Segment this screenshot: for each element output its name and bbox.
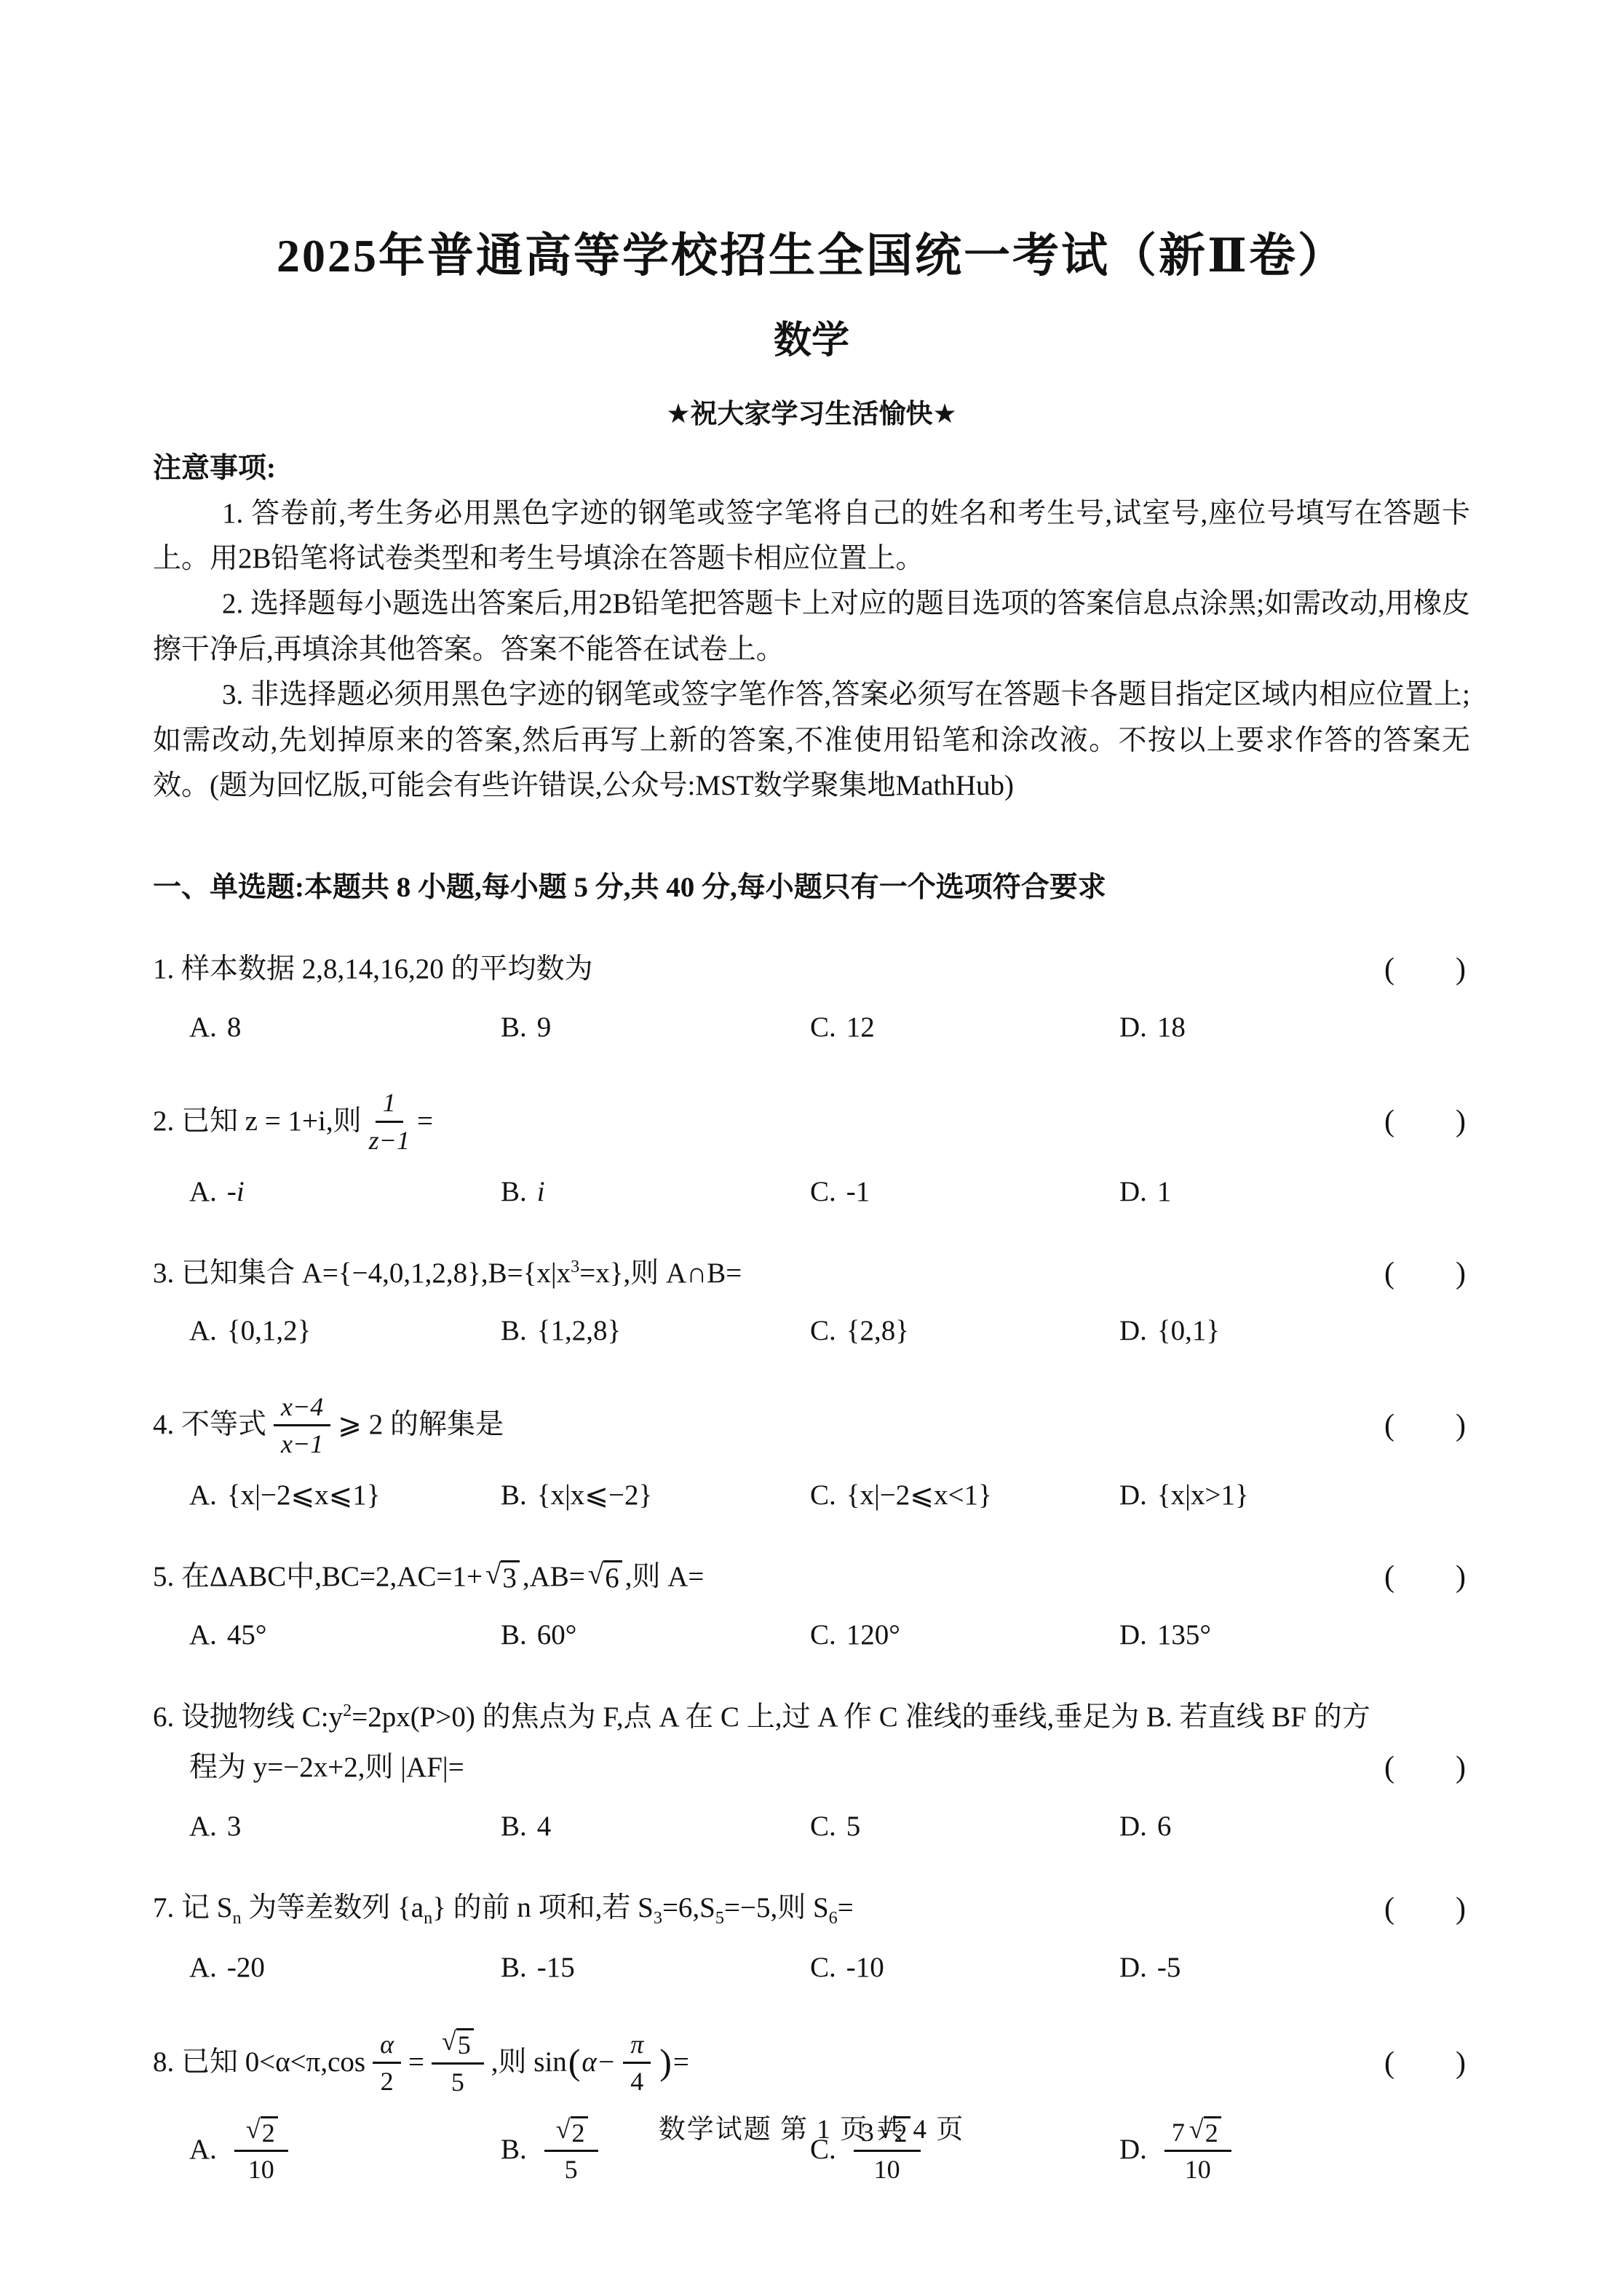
option-value: {1,2,8} [537, 1313, 621, 1350]
radicand: 3 [501, 1560, 520, 1594]
option-value: 4 [537, 1808, 552, 1846]
question-4: 4. 不等式 x−4x−1 ⩾ 2 的解集是 ( ) A.{x|−2⩽x⩽1} … [153, 1392, 1470, 1514]
question-3: 3. 已知集合 A={−4,0,1,2,8},B={x|x3=x},则 A∩B=… [153, 1253, 1470, 1350]
question-5-stem-pre: 5. 在ΔABC中,BC=2,AC=1+ [153, 1557, 483, 1598]
left-paren: ( [568, 2036, 581, 2089]
radicand: 5 [456, 2028, 474, 2059]
radical-sign: √ [442, 2028, 456, 2056]
radical-sign: √ [485, 1560, 501, 1590]
option-value: {0,1,2} [227, 1313, 311, 1350]
question-3-options: A.{0,1,2} B.{1,2,8} C.{2,8} D.{0,1} [153, 1313, 1470, 1350]
question-5: 5. 在ΔABC中,BC=2,AC=1+ √3 ,AB= √6 ,则 A= ( … [153, 1557, 1470, 1653]
question-7-stem: 7. 记 Sn 为等差数列 {an} 的前 n 项和,若 S3=6,S5=−5,… [153, 1888, 854, 1931]
notice-section: 注意事项: 1. 答卷前,考生务必用黑色字迹的钢笔或签字笔将自己的姓名和考生号,… [153, 447, 1470, 809]
question-5-stem-post: ,则 A= [625, 1557, 705, 1598]
answer-bracket: ( ) [1384, 1104, 1470, 1139]
question-7-options: A.-20 B.-15 C.-10 D.-5 [153, 1950, 1470, 1987]
equals-sign: = [408, 2042, 424, 2084]
option-d: D.{0,1} [1119, 1313, 1470, 1350]
answer-bracket: ( ) [1384, 1560, 1470, 1594]
option-value: {x|x>1} [1157, 1477, 1249, 1514]
question-4-stem-row: 4. 不等式 x−4x−1 ⩾ 2 的解集是 ( ) [153, 1392, 1470, 1459]
notice-item-3: 3. 非选择题必须用黑色字迹的钢笔或签字笔作答,答案必须写在答题卡各题目指定区域… [153, 672, 1470, 809]
option-value: -15 [537, 1950, 575, 1987]
option-value: {2,8} [846, 1313, 909, 1350]
exam-paper-page: 2025年普通高等学校招生全国统一考试（新Ⅱ卷） 数学 ★祝大家学习生活愉快★ … [0, 0, 1623, 2296]
notice-item-2: 2. 选择题每小题选出答案后,用2B铅笔把答题卡上对应的题目选项的答案信息点涂黑… [153, 581, 1470, 672]
option-value: 120° [846, 1617, 900, 1654]
option-label: A. [189, 1617, 217, 1654]
option-a: A.3 [189, 1808, 501, 1846]
fraction: √55 [432, 2028, 484, 2097]
option-label: C. [810, 1174, 836, 1211]
question-5-stem-row: 5. 在ΔABC中,BC=2,AC=1+ √3 ,AB= √6 ,则 A= ( … [153, 1557, 1470, 1598]
option-c: C.-10 [810, 1950, 1119, 1987]
page-title: 2025年普通高等学校招生全国统一考试（新Ⅱ卷） [153, 231, 1470, 280]
fraction-numerator: √5 [432, 2028, 484, 2065]
option-label: C. [810, 1477, 836, 1514]
question-8-stem-pre: 8. 已知 0<α<π,cos [153, 2042, 365, 2084]
option-value: i [537, 1174, 545, 1211]
option-label: D. [1119, 1950, 1147, 1987]
question-2-stem-pre: 2. 已知 z = 1+i,则 [153, 1101, 362, 1143]
question-1: 1. 样本数据 2,8,14,16,20 的平均数为 ( ) A.8 B.9 C… [153, 949, 1470, 1046]
answer-bracket: ( ) [1384, 2046, 1470, 2081]
single-choice-section: 一、单选题:本题共 8 小题,每小题 5 分,共 40 分,每小题只有一个选项符… [153, 870, 1470, 2184]
option-b: B.4 [501, 1808, 810, 1846]
option-label: A. [189, 1477, 217, 1514]
fraction-denominator: 10 [874, 2152, 900, 2184]
option-value: 60° [537, 1617, 577, 1654]
option-b: B.{x|x⩽−2} [501, 1477, 810, 1514]
right-paren: ) [659, 2036, 672, 2089]
fraction-denominator: z−1 [369, 1123, 410, 1155]
notice-heading: 注意事项: [153, 447, 1470, 490]
question-1-options: A.8 B.9 C.12 D.18 [153, 1009, 1470, 1046]
fraction-denominator: 10 [248, 2152, 274, 2184]
option-c: C.5 [810, 1808, 1119, 1846]
option-a: A.-i [189, 1174, 501, 1211]
fraction-denominator: 10 [1185, 2152, 1211, 2184]
option-value: 18 [1157, 1009, 1186, 1046]
question-5-stem-mid: ,AB= [523, 1557, 585, 1598]
question-6-stem-row2: 程为 y=−2x+2,则 |AF|= ( ) [153, 1746, 1470, 1789]
fraction-denominator: 5 [565, 2152, 578, 2184]
option-value: 3 [227, 1808, 242, 1846]
option-label: D. [1119, 1009, 1147, 1046]
option-a: A.45° [189, 1617, 501, 1654]
option-value: 45° [227, 1617, 267, 1654]
option-label: C. [810, 1617, 836, 1654]
option-label: C. [810, 1313, 836, 1350]
question-6-options: A.3 B.4 C.5 D.6 [153, 1808, 1470, 1846]
option-a: A.-20 [189, 1950, 501, 1987]
fraction: x−4x−1 [274, 1392, 330, 1459]
option-label: A. [189, 1950, 217, 1987]
option-c: C.120° [810, 1617, 1119, 1654]
fraction-numerator: α [373, 2030, 401, 2064]
question-6-stem-line1: 6. 设抛物线 C:y2=2px(P>0) 的焦点为 F,点 A 在 C 上,过… [153, 1696, 1470, 1739]
option-label: B. [501, 1617, 527, 1654]
slogan-line: ★祝大家学习生活愉快★ [153, 401, 1470, 428]
fraction-numerator: π [623, 2030, 651, 2064]
option-value: -i [227, 1174, 245, 1211]
option-label: B. [501, 1477, 527, 1514]
fraction-numerator: 1 [376, 1088, 403, 1122]
option-label: A. [189, 1174, 217, 1211]
section-heading: 一、单选题:本题共 8 小题,每小题 5 分,共 40 分,每小题只有一个选项符… [153, 870, 1470, 907]
option-value: {0,1} [1157, 1313, 1220, 1350]
question-1-stem-row: 1. 样本数据 2,8,14,16,20 的平均数为 ( ) [153, 949, 1470, 990]
option-label: D. [1119, 1617, 1147, 1654]
option-d: D.-5 [1119, 1950, 1470, 1987]
option-value: 135° [1157, 1617, 1211, 1654]
option-label: A. [189, 1808, 217, 1846]
answer-bracket: ( ) [1384, 1750, 1470, 1785]
question-2: 2. 已知 z = 1+i,则 1z−1 = ( ) A.-i B.i C.-1… [153, 1088, 1470, 1210]
option-label: B. [501, 1313, 527, 1350]
option-label: C. [810, 1009, 836, 1046]
fraction-numerator: x−4 [274, 1392, 330, 1426]
question-2-stem-post: = [417, 1101, 433, 1143]
option-a: A.8 [189, 1009, 501, 1046]
question-2-options: A.-i B.i C.-1 D.1 [153, 1174, 1470, 1211]
option-value: 1 [1157, 1174, 1172, 1211]
question-6: 6. 设抛物线 C:y2=2px(P>0) 的焦点为 F,点 A 在 C 上,过… [153, 1696, 1470, 1846]
fraction-denominator: 2 [381, 2064, 394, 2096]
option-label: D. [1119, 1313, 1147, 1350]
square-root: √5 [442, 2028, 474, 2059]
option-label: D. [1119, 1808, 1147, 1846]
question-8-inner: α− [582, 2042, 616, 2084]
option-value: {x|−2⩽x<1} [846, 1477, 992, 1514]
option-d: D.6 [1119, 1808, 1470, 1846]
fraction-denominator: 4 [630, 2064, 643, 2096]
answer-bracket: ( ) [1384, 1408, 1470, 1443]
question-2-stem-row: 2. 已知 z = 1+i,则 1z−1 = ( ) [153, 1088, 1470, 1155]
answer-bracket: ( ) [1384, 1256, 1470, 1291]
square-root: √3 [485, 1560, 520, 1594]
option-label: C. [810, 1808, 836, 1846]
option-d: D.135° [1119, 1617, 1470, 1654]
question-5-options: A.45° B.60° C.120° D.135° [153, 1617, 1470, 1654]
question-8-stem-row: 8. 已知 0<α<π,cos α2 = √55 ,则 sin ( α− π4 … [153, 2028, 1470, 2097]
option-value: -5 [1157, 1950, 1181, 1987]
question-6-stem-line2: 程为 y=−2x+2,则 |AF|= [153, 1746, 464, 1789]
fraction: π4 [623, 2030, 651, 2097]
radical-sign: √ [588, 1560, 603, 1590]
option-value: 12 [846, 1009, 875, 1046]
option-value: -1 [846, 1174, 870, 1211]
option-value: -20 [227, 1950, 265, 1987]
option-b: B.9 [501, 1009, 810, 1046]
option-value: 6 [1157, 1808, 1172, 1846]
fraction: α2 [373, 2030, 401, 2097]
fraction-denominator: 5 [451, 2065, 464, 2097]
question-4-stem-post: ⩾ 2 的解集是 [338, 1405, 504, 1446]
option-c: C.12 [810, 1009, 1119, 1046]
option-c: C.{2,8} [810, 1313, 1119, 1350]
option-value: 9 [537, 1009, 552, 1046]
answer-bracket: ( ) [1384, 1891, 1470, 1926]
answer-bracket: ( ) [1384, 952, 1470, 987]
option-label: A. [189, 1009, 217, 1046]
question-3-stem-row: 3. 已知集合 A={−4,0,1,2,8},B={x|x3=x},则 A∩B=… [153, 1253, 1470, 1295]
option-label: B. [501, 1808, 527, 1846]
option-value: 8 [227, 1009, 242, 1046]
question-4-options: A.{x|−2⩽x⩽1} B.{x|x⩽−2} C.{x|−2⩽x<1} D.{… [153, 1477, 1470, 1514]
question-7: 7. 记 Sn 为等差数列 {an} 的前 n 项和,若 S3=6,S5=−5,… [153, 1888, 1470, 1987]
option-c: C.{x|−2⩽x<1} [810, 1477, 1119, 1514]
fraction-denominator: x−1 [281, 1426, 323, 1458]
option-value: 5 [846, 1808, 861, 1846]
option-c: C.-1 [810, 1174, 1119, 1211]
option-b: B.60° [501, 1617, 810, 1654]
option-label: B. [501, 1174, 527, 1211]
fraction: 1z−1 [369, 1088, 410, 1155]
option-label: D. [1119, 1477, 1147, 1514]
option-label: A. [189, 1313, 217, 1350]
equals-sign: = [673, 2042, 689, 2084]
question-8-stem-mid: ,则 sin [491, 2042, 567, 2084]
option-label: B. [501, 1009, 527, 1046]
option-b: B.i [501, 1174, 810, 1211]
question-4-stem-pre: 4. 不等式 [153, 1405, 266, 1446]
option-b: B.-15 [501, 1950, 810, 1987]
option-label: C. [810, 1950, 836, 1987]
page-footer: 数学试题 第 1 页 共 4 页 [0, 2107, 1623, 2146]
option-a: A.{0,1,2} [189, 1313, 501, 1350]
option-label: D. [1119, 1174, 1147, 1211]
radicand: 6 [603, 1560, 622, 1594]
question-3-stem: 3. 已知集合 A={−4,0,1,2,8},B={x|x3=x},则 A∩B= [153, 1253, 742, 1295]
subject-title: 数学 [153, 322, 1470, 360]
option-b: B.{1,2,8} [501, 1313, 810, 1350]
square-root: √6 [588, 1560, 622, 1594]
page-content: 2025年普通高等学校招生全国统一考试（新Ⅱ卷） 数学 ★祝大家学习生活愉快★ … [0, 0, 1623, 2185]
question-7-stem-row: 7. 记 Sn 为等差数列 {an} 的前 n 项和,若 S3=6,S5=−5,… [153, 1888, 1470, 1931]
option-value: {x|x⩽−2} [537, 1477, 652, 1514]
option-d: D.1 [1119, 1174, 1470, 1211]
option-a: A.{x|−2⩽x⩽1} [189, 1477, 501, 1514]
notice-item-1: 1. 答卷前,考生务必用黑色字迹的钢笔或签字笔将自己的姓名和考生号,试室号,座位… [153, 491, 1470, 582]
option-value: {x|−2⩽x⩽1} [227, 1477, 381, 1514]
option-label: B. [501, 1950, 527, 1987]
question-1-stem: 1. 样本数据 2,8,14,16,20 的平均数为 [153, 949, 593, 990]
option-d: D.18 [1119, 1009, 1470, 1046]
option-d: D.{x|x>1} [1119, 1477, 1470, 1514]
option-value: -10 [846, 1950, 884, 1987]
